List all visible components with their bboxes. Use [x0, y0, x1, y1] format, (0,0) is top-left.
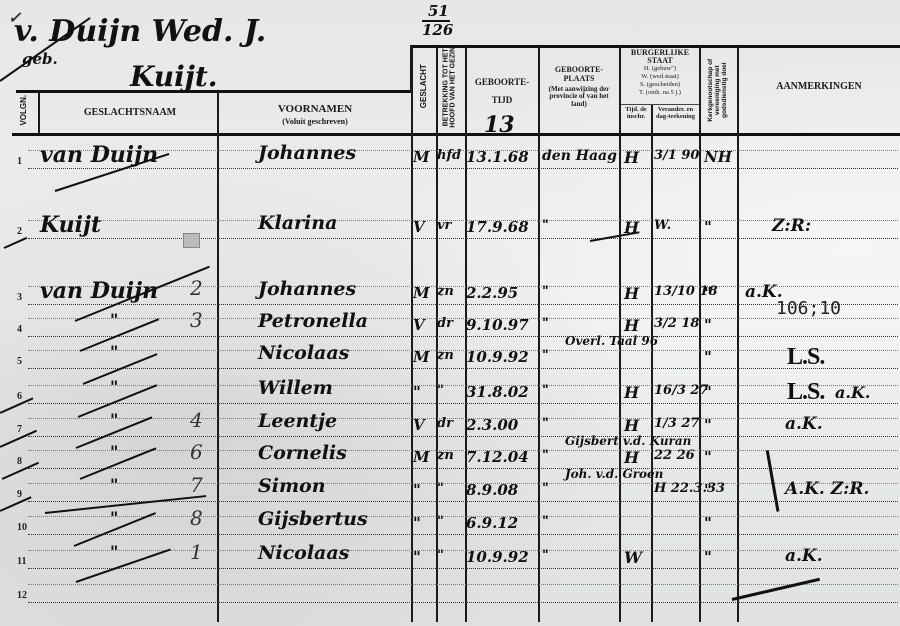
row-rule — [28, 403, 898, 404]
bs-legend-t: T. (onth. na 5 j.) — [620, 90, 700, 97]
row-number: 9 — [17, 489, 22, 500]
bs-legend-h: H. (gehuw") — [620, 66, 700, 73]
col-header-aanmerkingen: AANMERKINGEN — [738, 82, 900, 93]
civil-status-cell: H — [624, 416, 639, 435]
civil-status-cell: H — [624, 148, 639, 167]
church-cell: " — [704, 548, 712, 566]
col-header-kerkgenootschap: Kerkgenootschap of vereeniging met godsd… — [708, 46, 728, 134]
birthdate-cell: 9.10.97 — [466, 316, 529, 334]
bs-subheader-rule — [621, 104, 699, 105]
col-line-bs-split — [651, 104, 653, 622]
sex-cell: V — [413, 218, 425, 236]
header-rule-left — [16, 90, 411, 93]
birthplace-cell: " — [542, 416, 549, 431]
birthplace-cell: " — [542, 548, 549, 563]
birthdate-cell: 7.12.04 — [466, 448, 529, 466]
relation-cell: " — [437, 481, 444, 496]
row-rule — [28, 368, 898, 369]
margin-number: 7 — [190, 473, 203, 497]
sex-cell: " — [413, 481, 421, 499]
relation-cell: hfd — [437, 148, 461, 163]
row-rule-minor — [28, 385, 898, 386]
surname-cell: " — [110, 508, 118, 527]
margin-number: 6 — [190, 440, 203, 464]
col-line-geboorteplaats — [538, 45, 540, 622]
row-rule — [28, 168, 898, 169]
surname-strike-5 — [83, 353, 158, 385]
margin-number: 3 — [190, 308, 203, 332]
row-number: 11 — [17, 556, 26, 567]
first-name-cell: Gijsbertus — [258, 508, 368, 530]
sex-cell: V — [413, 416, 425, 434]
surname-cell: van Duijn — [40, 278, 158, 304]
remarks-cell: Z:R: — [772, 216, 811, 236]
relation-cell: dr — [437, 416, 453, 431]
row-rule-minor — [28, 483, 898, 484]
sex-cell: M — [413, 448, 430, 466]
church-cell: " — [704, 514, 712, 532]
col-header-geboortetijd-2: TIJD — [466, 96, 538, 105]
col-header-geboortetijd-1: GEBOORTE- — [466, 78, 538, 87]
row-number: 4 — [17, 324, 22, 335]
bs-legend-w: W. (wed.staat) — [620, 74, 700, 81]
relation-cell: " — [437, 383, 444, 398]
first-name-cell: Johannes — [258, 278, 356, 300]
col-header-voornamen-sub: (Voluit geschreven) — [250, 118, 380, 126]
birthdate-cell: 10.9.92 — [466, 348, 529, 366]
relation-cell: " — [437, 514, 444, 529]
birthdate-cell: 8.9.08 — [466, 481, 518, 499]
birthplace-cell: den Haag — [542, 148, 617, 164]
church-cell: " — [704, 481, 712, 499]
col-line-betrekking — [436, 45, 438, 622]
surname-cell: " — [110, 310, 118, 329]
status-note-cell: Overl. Taal 96 — [565, 334, 658, 348]
surname-cell: " — [110, 475, 118, 494]
row-rule — [28, 336, 898, 337]
row-number: 2 — [17, 226, 22, 237]
church-cell: " — [704, 383, 712, 401]
sex-cell: V — [413, 316, 425, 334]
col-line-aanmerkingen — [737, 45, 739, 622]
col-line-voornamen — [217, 92, 219, 622]
first-name-cell: Nicolaas — [258, 342, 349, 364]
surname-cell: " — [110, 410, 118, 429]
col-header-voornamen: VOORNAMEN — [250, 104, 380, 116]
civil-status-cell: H — [624, 448, 639, 467]
first-name-cell: Petronella — [258, 310, 368, 332]
row-rule — [28, 436, 898, 437]
row-rule-minor — [28, 150, 898, 151]
row-rule — [28, 602, 898, 603]
row-rule-minor — [28, 516, 898, 517]
birthplace-cell: " — [542, 514, 549, 529]
relation-cell: " — [437, 548, 444, 563]
row-rule-minor — [28, 220, 898, 221]
birthplace-cell: " — [542, 316, 549, 331]
remarks-cell: a.K. — [785, 414, 823, 434]
sex-cell: " — [413, 548, 421, 566]
relation-cell: zn — [437, 348, 454, 363]
birthplace-cell: " — [542, 448, 549, 463]
page-ref-top: 51 — [428, 2, 449, 20]
status-change-cell: H 22.3.33 — [654, 481, 725, 496]
first-name-cell: Johannes — [258, 142, 356, 164]
header-name-line-2: Kuijt. — [130, 60, 218, 93]
row-rule-minor — [28, 418, 898, 419]
remarks-strike-bottom — [732, 578, 820, 601]
status-change-cell: 3/1 90 — [654, 148, 699, 163]
birthplace-cell: " — [542, 481, 549, 496]
relation-cell: zn — [437, 284, 454, 299]
row-number: 7 — [17, 424, 22, 435]
status-change-cell: 1/3 27 — [654, 416, 699, 431]
margin-number: 4 — [190, 408, 203, 432]
remarks-stamp: L.S. — [787, 344, 824, 371]
remarks-cell: a.K. — [835, 383, 870, 402]
col-line-volgnr — [38, 92, 40, 134]
remarks-cell: A.K. Z:R. — [785, 479, 869, 499]
birthplace-cell: " — [542, 218, 549, 233]
surname-cell: Kuijt — [40, 212, 101, 238]
bs-legend-s: S. (gescheiden) — [620, 82, 700, 89]
status-change-cell: 22 26 — [654, 448, 695, 463]
status-change-cell: 16/3 27 — [654, 383, 709, 398]
sex-cell: " — [413, 514, 421, 532]
row-rule-minor — [28, 350, 898, 351]
first-name-cell: Leentje — [258, 410, 337, 432]
col-line-kerk — [699, 45, 701, 622]
header-bottom-rule — [12, 133, 900, 136]
margin-number: 8 — [190, 506, 203, 530]
sex-cell: " — [413, 383, 421, 401]
row-rule — [28, 238, 898, 239]
col-header-geslacht: GESLACHT — [420, 56, 428, 116]
birthplace-cell: " — [542, 284, 549, 299]
sex-cell: M — [413, 284, 430, 302]
remarks-cell: a.K. — [785, 546, 823, 566]
first-name-cell: Klarina — [258, 212, 337, 234]
margin-number: 1 — [190, 540, 203, 564]
checkbox-stamp-icon — [183, 233, 200, 248]
birthdate-cell: 17.9.68 — [466, 218, 529, 236]
row-number: 3 — [17, 292, 22, 303]
civil-status-cell: H — [624, 383, 639, 402]
relation-cell: dr — [437, 316, 453, 331]
status-change-cell: 3/2 18 — [654, 316, 699, 331]
church-cell: " — [704, 284, 712, 302]
row-rule-minor — [28, 550, 898, 551]
bs-subheader-tijd: Tijd. de inschr. — [620, 107, 652, 121]
row-rule — [28, 304, 898, 305]
row-number: 12 — [17, 590, 27, 601]
surname-cell: " — [110, 442, 118, 461]
church-cell: " — [704, 448, 712, 466]
first-name-cell: Willem — [258, 377, 333, 399]
birthdate-cell: 2.2.95 — [466, 284, 518, 302]
birthplace-cell: " — [542, 348, 549, 363]
row-rule — [28, 468, 898, 469]
remarks-stamp-number: 106;10 — [776, 298, 841, 319]
col-header-geboorteplaats-sub: (Met aanwijzing der provincie of van het… — [542, 86, 616, 108]
page-ref-bottom: 126 — [422, 21, 453, 39]
col-header-geboorteplaats-2: PLAATS — [540, 75, 618, 83]
row-rule — [28, 568, 898, 569]
sex-cell: M — [413, 348, 430, 366]
civil-status-cell: H — [624, 284, 639, 303]
birthdate-cell: 10.9.92 — [466, 548, 529, 566]
status-change-cell: W. — [654, 218, 671, 233]
church-cell: " — [704, 348, 712, 366]
bs-subheader-verander: Verander. en dag-teekening — [652, 107, 699, 121]
row-rule-minor — [28, 584, 898, 585]
surname-cell: " — [110, 342, 118, 361]
surname-cell: " — [110, 377, 118, 396]
row-number: 6 — [17, 391, 22, 402]
sex-cell: M — [413, 148, 430, 166]
surname-cell: " — [110, 542, 118, 561]
church-cell: " — [704, 218, 712, 236]
col-header-volgnr: VOLGN. — [20, 90, 28, 130]
relation-cell: zn — [437, 448, 454, 463]
surname-strike-11 — [76, 548, 171, 582]
registration-card: ✓ v. Duijn Wed. J. geb. Kuijt. 51 126 13… — [0, 0, 900, 626]
birthdate-cell: 2.3.00 — [466, 416, 518, 434]
col-header-betrekking: BETREKKING TOT HET HOOFD VAN HET GEZIN — [443, 43, 458, 131]
row-rule — [28, 534, 898, 535]
civil-status-cell: H — [624, 316, 639, 335]
row-number: 10 — [17, 522, 27, 533]
first-name-cell: Cornelis — [258, 442, 347, 464]
margin-strike-2 — [4, 237, 28, 249]
surname-strike-9 — [45, 495, 206, 514]
row-number: 1 — [17, 156, 22, 167]
remarks-stamp: L.S. — [787, 379, 824, 406]
status-note-cell: Gijsbert v.d. Kuran — [565, 434, 691, 448]
church-cell: NH — [704, 148, 732, 166]
margin-strike-9 — [0, 496, 31, 511]
birthdate-cell: 13.1.68 — [466, 148, 529, 166]
civil-status-cell: W — [624, 548, 642, 567]
birthdate-cell: 6.9.12 — [466, 514, 518, 532]
row-number: 5 — [17, 356, 22, 367]
birthdate-cell: 31.8.02 — [466, 383, 529, 401]
margin-number: 2 — [190, 276, 203, 300]
church-cell: " — [704, 416, 712, 434]
col-header-geslachtsnaam: GESLACHTSNAAM — [70, 108, 190, 119]
remarks-vertical-stroke — [766, 450, 780, 512]
first-name-cell: Nicolaas — [258, 542, 349, 564]
birthplace-cell: " — [542, 383, 549, 398]
status-note-cell: Joh. v.d. Groen — [565, 467, 663, 481]
church-cell: " — [704, 316, 712, 334]
row-number: 8 — [17, 456, 22, 467]
first-name-cell: Simon — [258, 475, 326, 497]
relation-cell: vr — [437, 218, 451, 233]
